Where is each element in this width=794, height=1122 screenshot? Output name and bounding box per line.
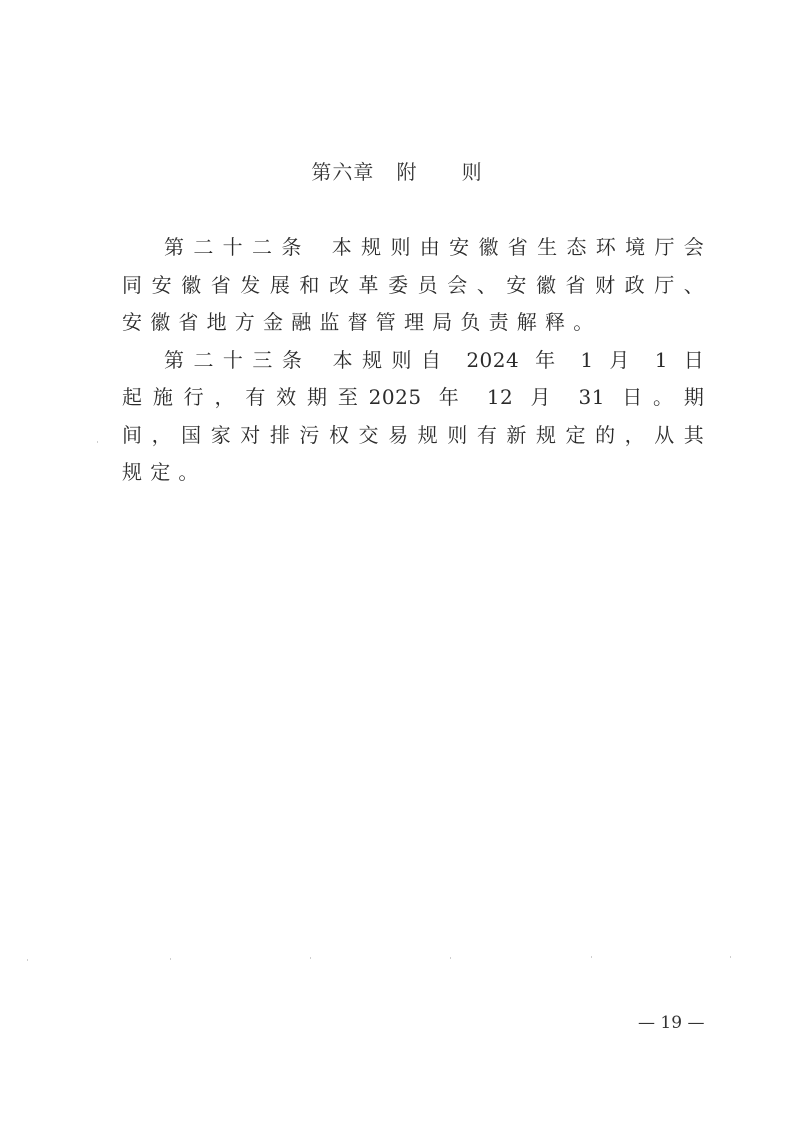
article-23-text-part: 月: [609, 348, 638, 372]
effective-month: 1: [580, 348, 593, 372]
chapter-label: 第六章: [311, 156, 374, 185]
article-23: 第二十三条本规则自 2024 年 1 月 1 日起施行，有效期至2025 年 1…: [122, 342, 712, 492]
scan-artifact: [97, 441, 98, 443]
article-23-text-part: 年: [439, 385, 470, 409]
scan-artifact: [170, 958, 171, 960]
article-23-label: 第二十三条: [164, 348, 311, 372]
expiry-year: 2025: [369, 385, 422, 409]
body-text: 第二十二条本规则由安徽省生态环境厅会同安徽省发展和改革委员会、安徽省财政厅、安徽…: [122, 229, 712, 492]
chapter-word-1: 附: [396, 156, 417, 185]
article-23-text-part: 月: [530, 385, 561, 409]
chapter-title: 第六章 附 则: [0, 156, 794, 185]
effective-day: 1: [655, 348, 668, 372]
scan-artifact: [27, 959, 28, 961]
article-22-label: 第二十二条: [164, 235, 311, 259]
article-22: 第二十二条本规则由安徽省生态环境厅会同安徽省发展和改革委员会、安徽省财政厅、安徽…: [122, 229, 712, 342]
chapter-word-2: 则: [462, 156, 483, 185]
expiry-day: 31: [579, 385, 605, 409]
scan-artifact: [450, 957, 451, 959]
page-number: — 19 —: [638, 1013, 704, 1033]
effective-year: 2024: [466, 348, 519, 372]
article-23-text-part: 本规则自: [331, 348, 450, 372]
expiry-month: 12: [487, 385, 513, 409]
scan-artifact: [730, 956, 731, 958]
article-23-text-part: 年: [535, 348, 564, 372]
scan-artifact: [310, 957, 311, 959]
scan-artifact: [591, 956, 592, 958]
document-page: 第六章 附 则 第二十二条本规则由安徽省生态环境厅会同安徽省发展和改革委员会、安…: [0, 0, 794, 1122]
